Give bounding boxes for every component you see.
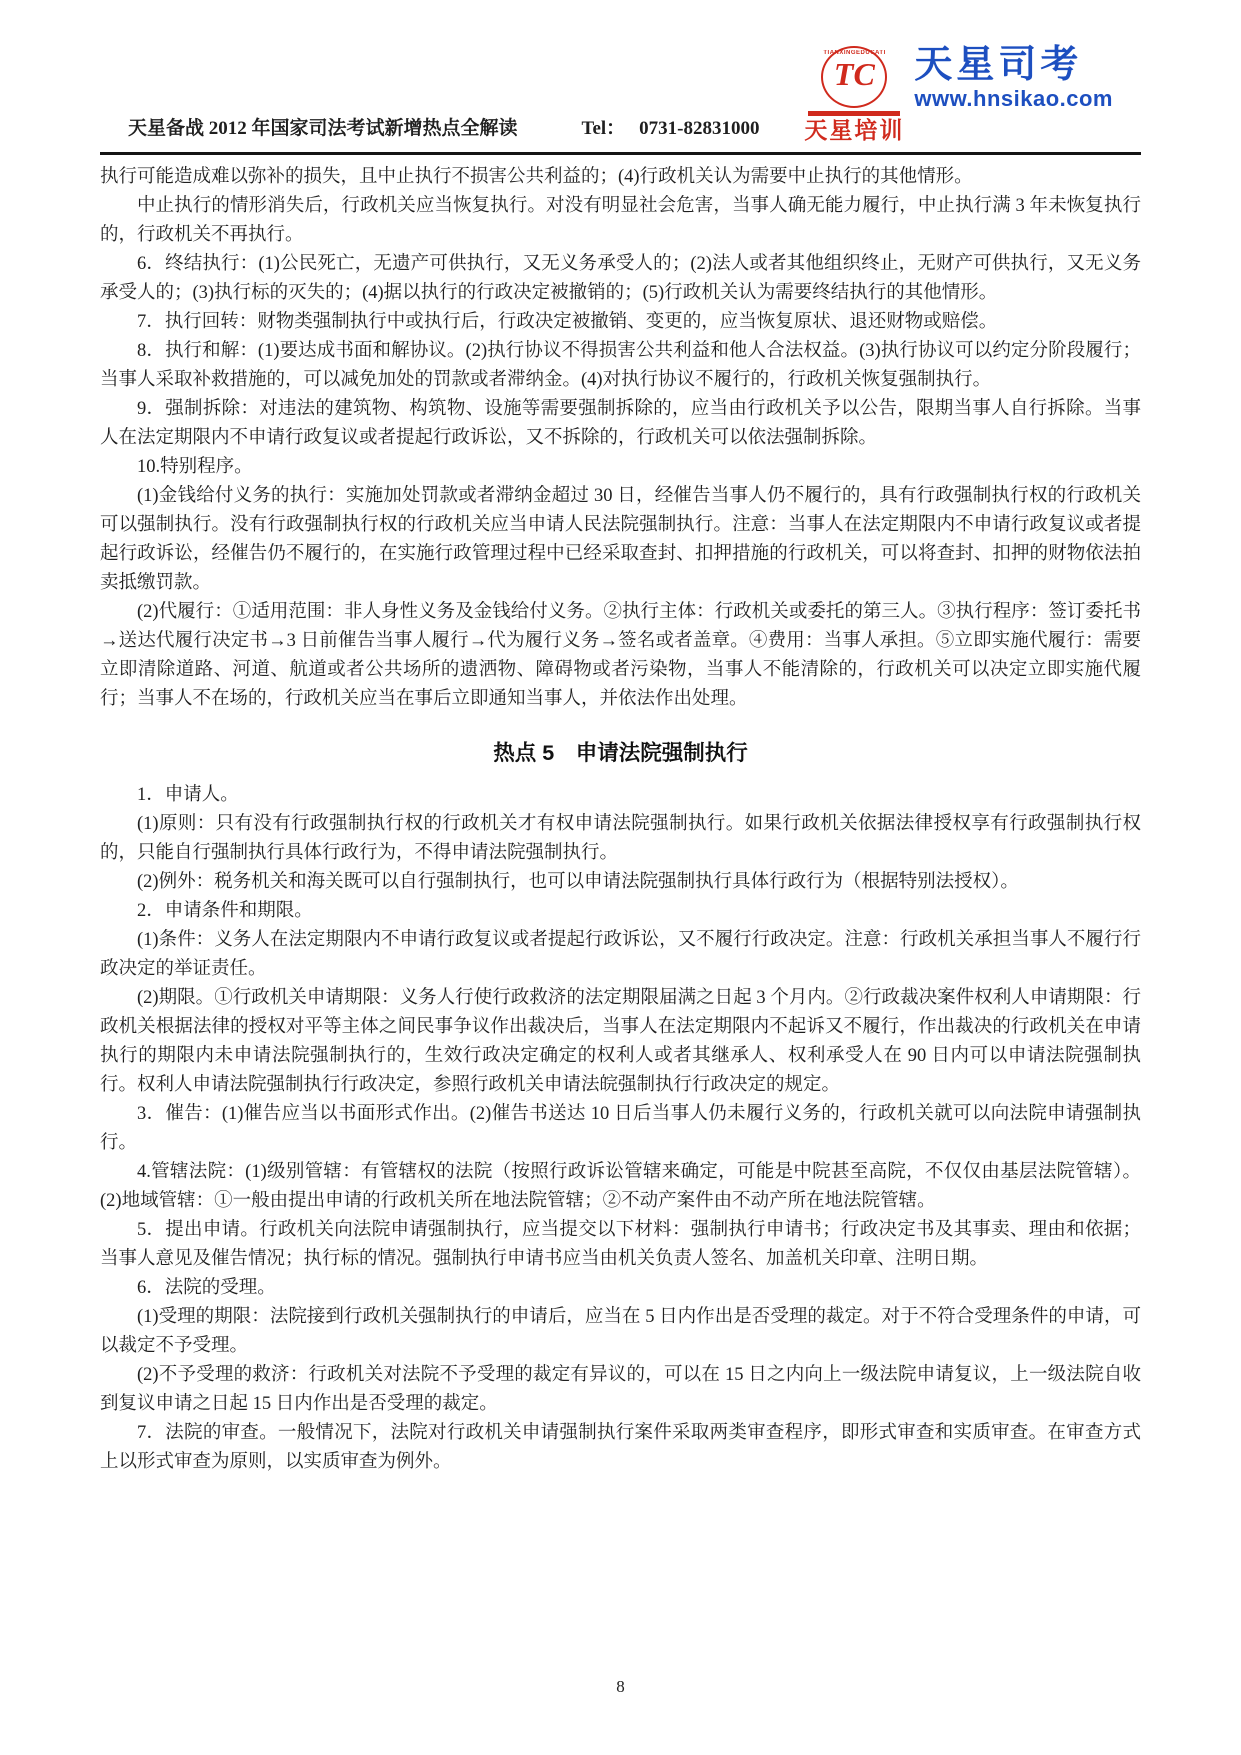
logo-text-column: 天星司考 www.hnsikao.com [914, 46, 1113, 112]
body-paragraph: 5．提出申请。行政机关向法院申请强制执行，应当提交以下材料：强制执行申请书；行政… [100, 1216, 1141, 1274]
body-paragraph: 9．强制拆除：对违法的建筑物、构筑物、设施等需要强制拆除的，应当由行政机关予以公… [100, 395, 1141, 453]
body-paragraph: (2)例外：税务机关和海关既可以自行强制执行，也可以申请法院强制执行具体行政行为… [100, 868, 1141, 897]
body-paragraph: 执行可能造成难以弥补的损失，且中止执行不损害公共利益的；(4)行政机关认为需要中… [100, 163, 1141, 192]
body-paragraph: 4.管辖法院：(1)级别管辖：有管辖权的法院（按照行政诉讼管辖来确定，可能是中院… [100, 1158, 1141, 1216]
body-paragraph: 中止执行的情形消失后，行政机关应当恢复执行。对没有明显社会危害，当事人确无能力履… [100, 192, 1141, 250]
tel-number: 0731-82831000 [639, 118, 759, 139]
document-body: 执行可能造成难以弥补的损失，且中止执行不损害公共利益的；(4)行政机关认为需要中… [100, 163, 1141, 1477]
body-paragraph: 2．申请条件和期限。 [100, 897, 1141, 926]
body-paragraph: 6．法院的受理。 [100, 1274, 1141, 1303]
body-paragraph: (2)代履行：①适用范围：非人身性义务及金钱给付义务。②执行主体：行政机关或委托… [100, 598, 1141, 714]
logo-website: www.hnsikao.com [914, 86, 1113, 112]
body-paragraph: (2)不予受理的救济：行政机关对法院不予受理的裁定有异议的，可以在 15 日之内… [100, 1361, 1141, 1419]
brand-logo: TIANXINGEDUCATION TC 天星培训 天星司考 www.hnsik… [804, 46, 1113, 143]
body-paragraph: (2)期限。①行政机关申请期限：义务人行使行政救济的法定期限届满之日起 3 个月… [100, 984, 1141, 1100]
body-paragraph: 6．终结执行：(1)公民死亡，无遗产可供执行，又无义务承受人的；(2)法人或者其… [100, 250, 1141, 308]
logo-brand-name: 天星司考 [914, 46, 1113, 86]
body-paragraph: (1)条件：义务人在法定期限内不申请行政复议或者提起行政诉讼，又不履行行政决定。… [100, 926, 1141, 984]
body-paragraph: 3．催告：(1)催告应当以书面形式作出。(2)催告书送达 10 日后当事人仍未履… [100, 1100, 1141, 1158]
seal-monogram: TC [823, 58, 885, 90]
body-paragraph: 7．执行回转：财物类强制执行中或执行后，行政决定被撤销、变更的，应当恢复原状、退… [100, 308, 1141, 337]
body-paragraph: (1)金钱给付义务的执行：实施加处罚款或者滞纳金超过 30 日，经催告当事人仍不… [100, 482, 1141, 598]
body-paragraph: (1)受理的期限：法院接到行政机关强制执行的申请后，应当在 5 日内作出是否受理… [100, 1303, 1141, 1361]
document-page: 天星备战 2012 年国家司法考试新增热点全解读Tel：0731-8283100… [0, 0, 1241, 1755]
header-divider [100, 152, 1141, 155]
body-paragraph: 7．法院的审查。一般情况下，法院对行政机关申请强制执行案件采取两类审查程序，即形… [100, 1419, 1141, 1477]
document-title: 天星备战 2012 年国家司法考试新增热点全解读 [128, 118, 518, 139]
page-number: 8 [0, 1677, 1241, 1697]
logo-seal-column: TIANXINGEDUCATION TC 天星培训 [804, 46, 904, 143]
section-heading: 热点 5 申请法院强制执行 [100, 739, 1141, 768]
tel-label: Tel： [582, 118, 626, 139]
page-header: 天星备战 2012 年国家司法考试新增热点全解读Tel：0731-8283100… [100, 0, 1141, 152]
logo-subbrand: 天星培训 [804, 118, 904, 143]
logo-seal-icon: TIANXINGEDUCATION TC [821, 46, 887, 108]
body-paragraph: 8．执行和解：(1)要达成书面和解协议。(2)执行协议不得损害公共利益和他人合法… [100, 337, 1141, 395]
body-paragraph: 10.特别程序。 [100, 453, 1141, 482]
body-paragraph: (1)原则：只有没有行政强制执行权的行政机关才有权申请法院强制执行。如果行政机关… [100, 810, 1141, 868]
logo-red-bar [808, 111, 900, 116]
body-paragraph: 1．申请人。 [100, 781, 1141, 810]
header-title-row: 天星备战 2012 年国家司法考试新增热点全解读Tel：0731-8283100… [128, 113, 760, 140]
